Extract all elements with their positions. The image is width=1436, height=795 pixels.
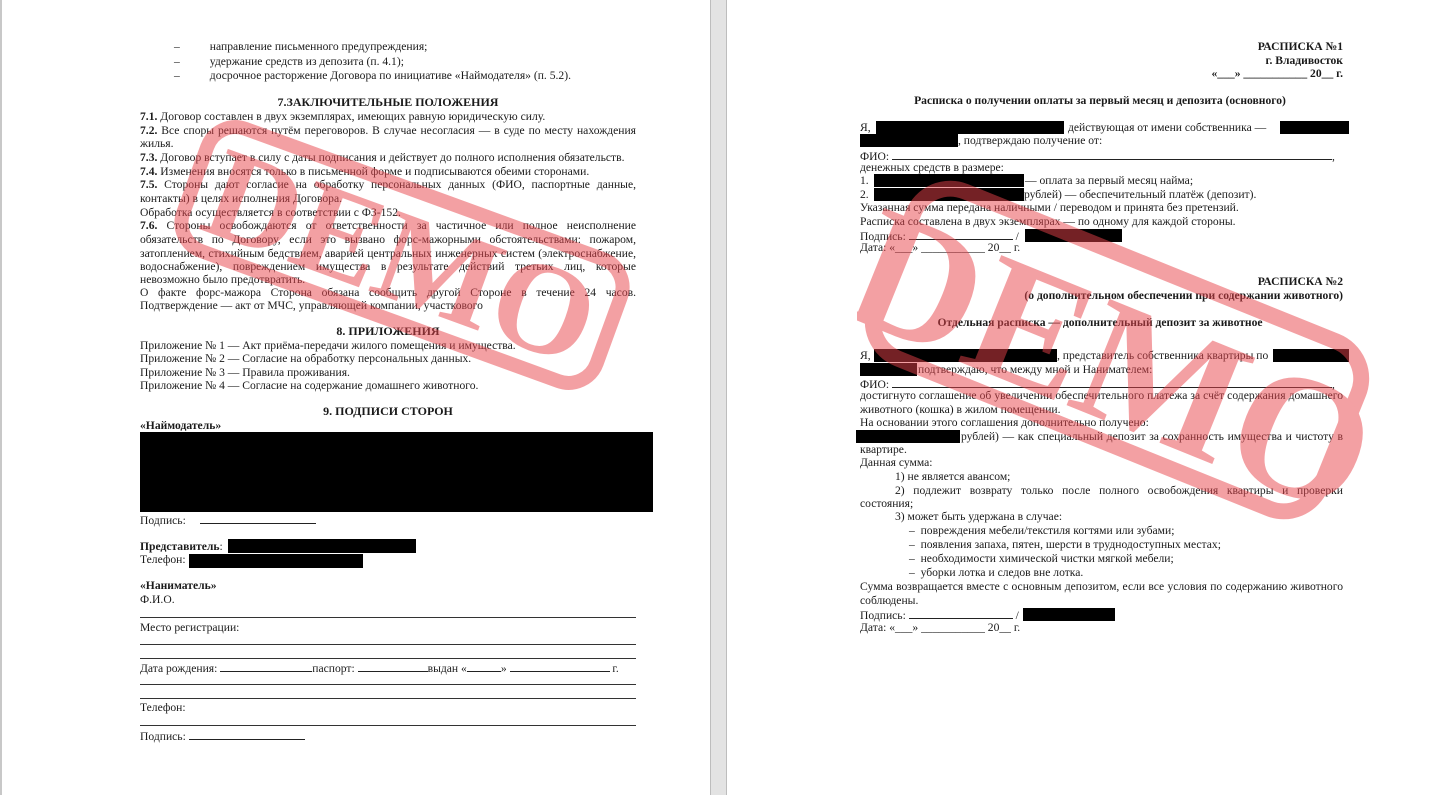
bullet-item: –направление письменного предупреждения;	[174, 40, 427, 54]
clause-7-5: 7.5. Стороны дают согласие на обработку …	[140, 178, 636, 192]
money-intro: денежных средств в размере:	[860, 161, 1004, 175]
redacted-address-cont	[860, 363, 917, 376]
registration-label: Место регистрации:	[140, 621, 239, 635]
redacted-signatory	[1023, 608, 1115, 621]
receipt-1-city: г. Владивосток	[857, 54, 1343, 68]
condition-item: 1) не является авансом;	[895, 470, 1010, 484]
receipt-1-date: «___» ___________ 20__ г.	[857, 67, 1343, 81]
payment-item-2: 2.	[860, 188, 869, 202]
appendix-item: Приложение № 4 — Согласие на содержание …	[140, 379, 478, 393]
copies-note: Расписка составлена в двух экземплярах —…	[860, 215, 1236, 229]
clause-7-3: 7.3. Договор вступает в силу с даты подп…	[140, 151, 624, 165]
receipt-2-line2: подтверждаю, что между мной и Нанимателе…	[918, 363, 1152, 377]
appendix-item: Приложение № 1 — Акт приёма-передачи жил…	[140, 339, 516, 353]
registration-line	[140, 644, 636, 645]
landlord-label: «Наймодатель»	[140, 419, 221, 433]
special-deposit: рублей) — как специальный депозит за сох…	[961, 430, 1343, 444]
sum-label: Данная сумма:	[860, 456, 932, 470]
redacted-amount	[856, 430, 960, 443]
redacted-representative	[228, 539, 416, 553]
agreement-line: достигнуто соглашение об увеличении обес…	[860, 389, 1343, 403]
tenant-label: «Наниматель»	[140, 579, 217, 593]
payment-item-1-text: — оплата за первый месяц найма;	[1025, 174, 1193, 188]
clause-7-5-cont: контакты) в целях исполнения Договора.	[140, 192, 342, 206]
clause-7-2: 7.2. Все споры решаются путём переговоро…	[140, 124, 636, 138]
receipt-1-line1-start: Я,	[860, 121, 871, 135]
return-note: Сумма возвращается вместе с основным деп…	[860, 580, 1343, 594]
redacted-phone	[189, 554, 363, 568]
extra-line	[140, 698, 636, 699]
clause-7-6-line: водоснабжение), повреждением имущества в…	[140, 260, 636, 274]
bullet-item: –досрочное расторжение Договора по иници…	[174, 69, 571, 83]
redacted-amount	[874, 188, 1024, 201]
redacted-address	[1273, 349, 1349, 362]
redacted-amount	[874, 174, 1024, 187]
appendix-item: Приложение № 2 — Согласие на обработку п…	[140, 352, 471, 366]
payment-item-1: 1.	[860, 174, 869, 188]
tenant-fio-label: Ф.И.О.	[140, 593, 175, 607]
clause-7-6-line: обязательств по Договору, если это вызва…	[140, 233, 636, 247]
case-item: – повреждения мебели/текстиля когтями ил…	[909, 524, 1174, 538]
redacted-owner-cont	[860, 134, 958, 147]
clause-7-5-law: Обработка осуществляется в соответствии …	[140, 206, 401, 220]
receipt-2-heading: Отдельная расписка — дополнительный депо…	[857, 316, 1343, 330]
case-item: – необходимости химической чистки мягкой…	[909, 552, 1174, 566]
receipt-1-line2: , подтверждаю получение от:	[958, 134, 1102, 148]
condition-item-cont: состояния;	[860, 497, 913, 511]
transfer-note: Указанная сумма передана наличными / пер…	[860, 201, 1239, 215]
clause-7-2-cont: жилья.	[140, 137, 174, 151]
bullet-item: –удержание средств из депозита (п. 4.1);	[174, 55, 404, 69]
registration-line	[140, 658, 636, 659]
clause-7-6-line: затоплением, стихийным бедствием, аварие…	[140, 247, 636, 261]
birth-passport-row: Дата рождения: паспорт: выдан «» г.	[140, 660, 619, 676]
receipt-1-subtitle: Расписка о получении оплаты за первый ме…	[857, 94, 1343, 108]
page-gap	[710, 0, 727, 795]
clause-7-6-last: невозможно было предотвратить.	[140, 273, 305, 287]
redacted-block	[140, 432, 653, 512]
receipt-2-line1-start: Я,	[860, 349, 871, 363]
representative-row: Представитель:	[140, 540, 223, 554]
clause-7-4: 7.4. Изменения вносятся только в письмен…	[140, 165, 589, 179]
section-7-title: 7.ЗАКЛЮЧИТЕЛЬНЫЕ ПОЛОЖЕНИЯ	[140, 96, 636, 110]
appendix-item: Приложение № 3 — Правила проживания.	[140, 366, 350, 380]
document-page-2: РАСПИСКА №1 г. Владивосток «___» _______…	[727, 0, 1436, 795]
special-deposit-cont: квартире.	[860, 443, 907, 457]
section-9-title: 9. ПОДПИСИ СТОРОН	[140, 405, 636, 419]
phone-line	[140, 725, 636, 726]
redacted-name	[874, 349, 1057, 362]
document-page-1: –направление письменного предупреждения;…	[2, 0, 710, 795]
tenant-phone-label: Телефон:	[140, 701, 186, 715]
fio-line	[140, 617, 636, 618]
receipt-1-date-field: Дата: «___» ___________ 20__ г.	[860, 241, 1020, 255]
tenant-signature: Подпись:	[140, 728, 305, 744]
clause-7-6: 7.6. Стороны освобождаются от ответствен…	[140, 219, 636, 233]
receipt-2-subtitle: (о дополнительном обеспечении при содерж…	[857, 289, 1343, 303]
signature-line	[200, 512, 316, 524]
receipt-2-title: РАСПИСКА №2	[857, 275, 1343, 289]
extra-line	[140, 684, 636, 685]
redacted-name	[876, 121, 1064, 134]
receipt-1-title: РАСПИСКА №1	[857, 40, 1343, 54]
receipt-1-line1-mid: действующая от имени собственника —	[1068, 121, 1266, 135]
redacted-owner	[1280, 121, 1349, 134]
condition-item: 3) может быть удержана в случае:	[895, 510, 1062, 524]
basis-line: На основании этого соглашения дополнител…	[860, 416, 1149, 430]
receipt-2-date-field: Дата: «___» ___________ 20__ г.	[860, 621, 1020, 635]
force-majeure-notice: О факте форс-мажора Сторона обязана сооб…	[140, 286, 636, 300]
force-majeure-proof: Подтверждение — акт от МЧС, управляющей …	[140, 299, 483, 313]
case-item: – уборки лотка и следов вне лотка.	[909, 566, 1083, 580]
landlord-signature: Подпись:	[140, 512, 316, 528]
receipt-2-line1-mid: , представитель собственника квартиры по	[1057, 349, 1268, 363]
payment-item-2-text: рублей) — обеспечительный платёж (депози…	[1024, 188, 1256, 202]
agreement-line: животного (кошка) в жилом помещении.	[860, 403, 1061, 417]
return-note-cont: соблюдены.	[860, 594, 918, 608]
redacted-signatory	[1025, 229, 1122, 242]
section-8-title: 8. ПРИЛОЖЕНИЯ	[140, 325, 636, 339]
clause-7-1: 7.1. Договор составлен в двух экземпляра…	[140, 110, 545, 124]
phone-label: Телефон:	[140, 553, 186, 567]
case-item: – появления запаха, пятен, шерсти в труд…	[909, 538, 1221, 552]
condition-item: 2) подлежит возврату только после полног…	[895, 484, 1343, 498]
